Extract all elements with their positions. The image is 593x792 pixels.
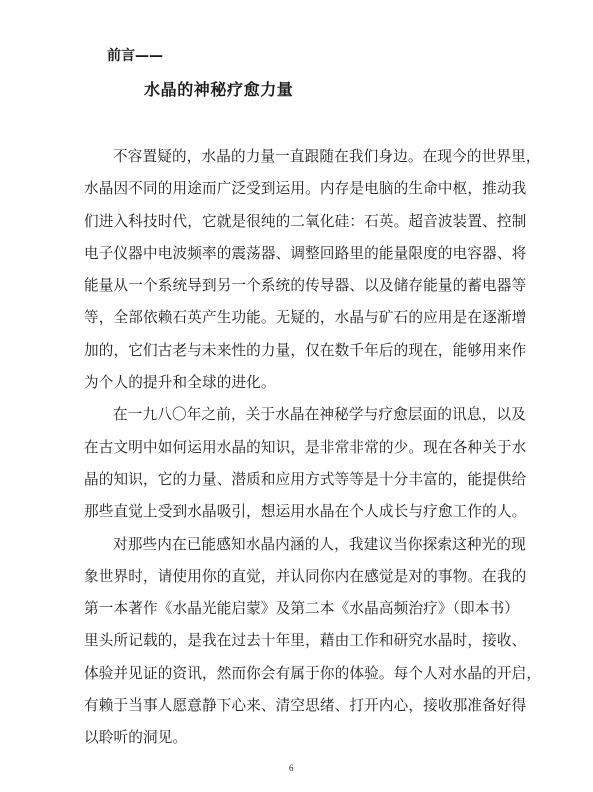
paragraph-line: 们进入科技时代，它就是很纯的二氧化硅：石英。超音波装置、控制 xyxy=(84,210,512,242)
paragraph-2: 在一九八〇年之前，关于水晶在神秘学与疗愈层面的讯息，以及 在古文明中如何运用水晶… xyxy=(84,403,512,532)
paragraph-line: 里头所记载的，是我在过去十年里，藉由工作和研究水晶时，接收、 xyxy=(84,629,512,661)
paragraph-line: 加的，它们古老与未来性的力量，仅在数千年后的现在，能够用来作 xyxy=(84,339,512,371)
paragraph-line: 以聆听的洞见。 xyxy=(84,726,512,758)
paragraph-line: 在一九八〇年之前，关于水晶在神秘学与疗愈层面的讯息，以及 xyxy=(84,403,512,435)
paragraph-line: 晶的知识，它的力量、潜质和应用方式等等是十分丰富的，能提供给 xyxy=(84,468,512,500)
paragraph-line: 对那些内在已能感知水晶内涵的人，我建议当你探索这种光的现 xyxy=(84,533,512,565)
document-page: 前言—— 水晶的神秘疗愈力量 不容置疑的，水晶的力量一直跟随在我们身边。在现今的… xyxy=(0,0,593,792)
preface-label: 前言—— xyxy=(107,47,163,65)
paragraph-line: 象世界时，请使用你的直觉，并认同你内在感觉是对的事物。在我的 xyxy=(84,565,512,597)
paragraph-line: 为个人的提升和全球的进化。 xyxy=(84,371,512,403)
paragraph-line: 不容置疑的，水晶的力量一直跟随在我们身边。在现今的世界里， xyxy=(84,145,512,177)
paragraph-3: 对那些内在已能感知水晶内涵的人，我建议当你探索这种光的现 象世界时，请使用你的直… xyxy=(84,533,512,759)
paragraph-line: 水晶因不同的用途而广泛受到运用。内存是电脑的生命中枢，推动我 xyxy=(84,177,512,209)
paragraph-line: 电子仪器中电波频率的震荡器、调整回路里的能量限度的电容器、将 xyxy=(84,242,512,274)
paragraph-line: 在古文明中如何运用水晶的知识，是非常非常的少。现在各种关于水 xyxy=(84,436,512,468)
paragraph-line: 体验并见证的资讯，然而你会有属于你的体验。每个人对水晶的开启， xyxy=(84,662,512,694)
body-text: 不容置疑的，水晶的力量一直跟随在我们身边。在现今的世界里， 水晶因不同的用途而广… xyxy=(84,145,512,759)
page-number: 6 xyxy=(289,762,294,774)
paragraph-line: 有赖于当事人愿意静下心来、清空思绪、打开内心，接收那准备好得 xyxy=(84,694,512,726)
paragraph-line: 第一本著作《水晶光能启蒙》及第二本《水晶高频治疗》（即本书） xyxy=(84,597,512,629)
paragraph-line: 能量从一个系统导到另一个系统的传导器、以及储存能量的蓄电器等 xyxy=(84,274,512,306)
chapter-title: 水晶的神秘疗愈力量 xyxy=(144,80,293,100)
paragraph-line: 等，全部依赖石英产生功能。无疑的，水晶与矿石的应用是在逐渐增 xyxy=(84,306,512,338)
paragraph-1: 不容置疑的，水晶的力量一直跟随在我们身边。在现今的世界里， 水晶因不同的用途而广… xyxy=(84,145,512,403)
paragraph-line: 那些直觉上受到水晶吸引，想运用水晶在个人成长与疗愈工作的人。 xyxy=(84,500,512,532)
